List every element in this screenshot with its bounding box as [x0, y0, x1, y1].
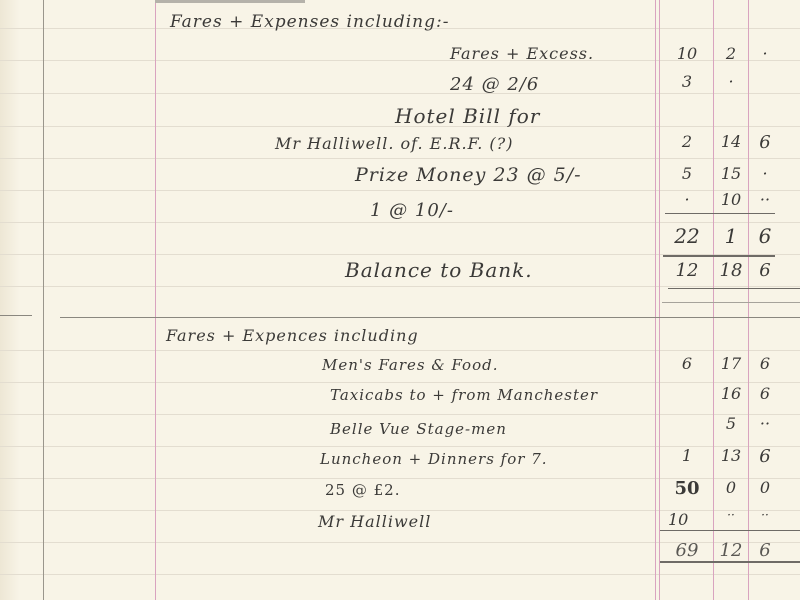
entry-desc: 24 @ 2/6 — [450, 74, 539, 95]
balance-shillings: 18 — [714, 260, 748, 281]
total-rule — [663, 255, 775, 257]
ledger-page: Fares + Expenses including:- Fares + Exc… — [0, 0, 800, 600]
entry-shillings: 0 — [714, 478, 748, 497]
entry-pence: 0 — [750, 478, 780, 497]
total-pounds: 69 — [662, 540, 712, 561]
entry-desc: Mr Halliwell. of. E.R.F. (?) — [275, 134, 513, 153]
entry-shillings: 2 — [714, 44, 748, 63]
entry-shillings: 16 — [714, 384, 748, 403]
ruled-line — [0, 382, 800, 383]
entry-pence: 6 — [750, 446, 780, 467]
entry-pence: · — [750, 44, 780, 63]
section2-heading: Fares + Expences including — [166, 326, 419, 345]
top-edge-shadow — [155, 0, 305, 3]
subtotal-rule — [665, 213, 775, 214]
entry-pounds: 50 — [662, 478, 712, 499]
entry-desc: Men's Fares & Food. — [322, 356, 498, 374]
entry-pounds: 10 — [662, 44, 712, 63]
balance-pounds: 12 — [662, 260, 712, 281]
entry-pence: 6 — [750, 354, 780, 373]
ruled-line — [0, 286, 800, 287]
ruled-line — [0, 350, 800, 351]
pounds-column-line-double — [659, 0, 660, 600]
section1-heading: Fares + Expenses including:- — [170, 12, 449, 32]
entry-pounds: 3 — [662, 72, 712, 91]
entry-desc: 1 @ 10/- — [370, 200, 454, 221]
section-divider-left — [0, 315, 32, 316]
entry-desc: Mr Halliwell — [318, 512, 431, 531]
entry-shillings: ·· — [714, 508, 748, 522]
entry-pence: 6 — [750, 384, 780, 403]
entry-pence: · — [750, 164, 780, 183]
entry-shillings: 15 — [714, 164, 748, 183]
ruled-line — [0, 222, 800, 223]
entry-desc: Taxicabs to + from Manchester — [330, 386, 598, 404]
entry-desc: 25 @ £2. — [325, 481, 400, 499]
entry-desc: Prize Money 23 @ 5/- — [355, 164, 582, 186]
subtotal-rule — [660, 530, 800, 531]
entry-pounds: 5 — [662, 164, 712, 183]
ruled-line — [0, 158, 800, 159]
entry-pence: ·· — [750, 190, 780, 209]
margin-line — [43, 0, 44, 600]
entry-desc: Hotel Bill for — [395, 104, 540, 128]
total-pounds: 22 — [662, 224, 712, 248]
entry-shillings: · — [714, 72, 748, 91]
balance-rule — [668, 288, 800, 289]
entry-pence: ·· — [750, 508, 780, 522]
entry-pence: 6 — [750, 132, 780, 153]
entry-pounds: 2 — [662, 132, 712, 151]
balance-desc: Balance to Bank. — [345, 258, 533, 282]
total-shillings: 12 — [714, 540, 748, 561]
entry-shillings: 5 — [714, 414, 748, 433]
pounds-column-line — [655, 0, 656, 600]
entry-pounds: 6 — [662, 354, 712, 373]
entry-desc: Belle Vue Stage-men — [330, 420, 507, 438]
ruled-line — [0, 414, 800, 415]
section-divider — [60, 317, 800, 318]
total-rule — [660, 561, 800, 563]
entry-pounds: 10 — [668, 510, 698, 529]
ruled-line — [0, 574, 800, 575]
entry-shillings: 14 — [714, 132, 748, 151]
balance-rule-2 — [662, 302, 800, 303]
pence-column-line — [748, 0, 749, 600]
ruled-line — [0, 93, 800, 94]
entry-desc: Luncheon + Dinners for 7. — [320, 450, 548, 468]
entry-pence: ·· — [750, 414, 780, 433]
entry-shillings: 10 — [714, 190, 748, 209]
entry-shillings: 13 — [714, 446, 748, 465]
entry-pounds: · — [662, 190, 712, 209]
description-margin-line — [155, 0, 156, 600]
entry-desc: Fares + Excess. — [450, 44, 594, 63]
total-shillings: 1 — [714, 224, 748, 248]
total-pence: 6 — [750, 224, 780, 248]
entry-shillings: 17 — [714, 354, 748, 373]
balance-pence: 6 — [750, 260, 780, 281]
total-pence: 6 — [750, 540, 780, 561]
entry-pounds: 1 — [662, 446, 712, 465]
